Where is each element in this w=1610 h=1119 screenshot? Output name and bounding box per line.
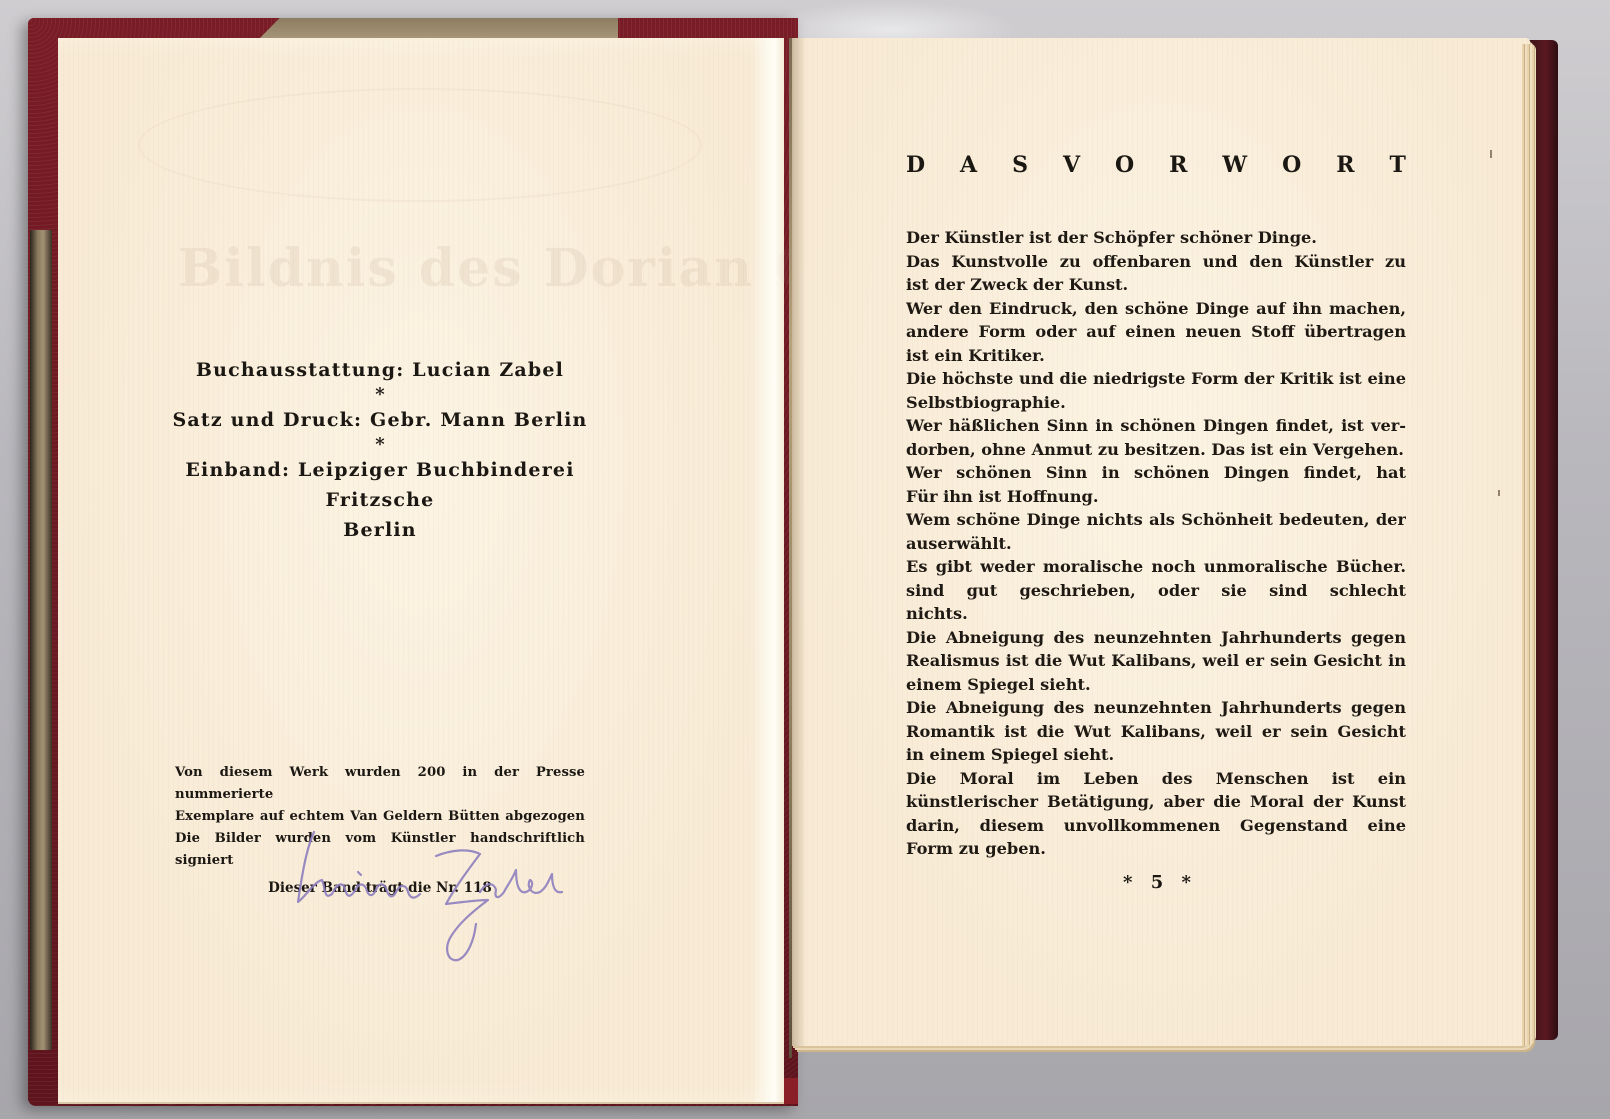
binding-gutter <box>789 38 792 1058</box>
text-line: Die Abneigung des neunzehnten Jahrhunder… <box>906 626 1406 650</box>
colophon-line: Von diesem Werk wurden 200 in der Presse… <box>175 762 585 806</box>
text-line: in einem Spiegel sieht. <box>906 743 1406 767</box>
text-line: Wem schöne Dinge nichts als Schönheit be… <box>906 508 1406 532</box>
title-letter: R <box>1169 152 1187 178</box>
text-line: sind gut geschrieben, oder sie sind schl… <box>906 579 1406 603</box>
page-fore-edge <box>1522 44 1536 1046</box>
title-letter: W <box>1222 152 1247 178</box>
text-line: künstlerischer Betätigung, aber die Mora… <box>906 790 1406 814</box>
credit-typesetting-print: Satz und Druck: Gebr. Mann Berlin <box>170 405 590 435</box>
preface-body: Der Künstler ist der Schöpfer schöner Di… <box>906 226 1406 861</box>
text-line: andere Form oder auf einen neuen Stoff ü… <box>906 320 1406 344</box>
text-line: dorben, ohne Anmut zu besitzen. Das ist … <box>906 438 1406 462</box>
text-line: darin, diesem unvollkommenen Gegenstand … <box>906 814 1406 838</box>
chapter-title: D A S V O R W O R T <box>906 152 1406 178</box>
credits-block: Buchausstattung: Lucian Zabel * Satz und… <box>170 355 590 545</box>
credit-book-design: Buchausstattung: Lucian Zabel <box>170 355 590 385</box>
text-line: Die höchste und die niedrigste Form der … <box>906 367 1406 391</box>
title-letter: A <box>960 152 977 178</box>
text-line: Die Moral im Leben des Menschen ist ein … <box>906 767 1406 791</box>
text-line: nichts. <box>906 602 1406 626</box>
text-line: Wer häßlichen Sinn in schönen Dingen fin… <box>906 414 1406 438</box>
text-line: Realismus ist die Wut Kalibans, weil er … <box>906 649 1406 673</box>
separator-star: * <box>170 385 590 405</box>
title-letter: O <box>1282 152 1301 178</box>
text-line: Form zu geben. <box>906 837 1406 861</box>
open-book-photo: Bildnis des Dorian Gray Buchausstattung:… <box>0 0 1610 1119</box>
text-line: Wer den Eindruck, den schöne Dinge auf i… <box>906 297 1406 321</box>
paper-speck <box>1490 150 1492 158</box>
handwritten-signature-icon <box>236 820 576 970</box>
text-line: Selbstbiographie. <box>906 391 1406 415</box>
text-line: Der Künstler ist der Schöpfer schöner Di… <box>906 226 1406 250</box>
paper-speck <box>1498 490 1500 496</box>
page-number: * 5 * <box>1110 872 1210 893</box>
text-line: Es gibt weder moralische noch unmoralisc… <box>906 555 1406 579</box>
title-letter: T <box>1390 152 1406 178</box>
title-letter: S <box>1012 152 1028 178</box>
text-line: Wer schönen Sinn in schönen Dingen finde… <box>906 461 1406 485</box>
text-line: Romantik ist die Wut Kalibans, weil er s… <box>906 720 1406 744</box>
show-through-ornament <box>138 88 702 202</box>
cover-cloth-spine-strip <box>30 230 52 1050</box>
text-line: auserwählt. <box>906 532 1406 556</box>
title-letter: D <box>906 152 925 178</box>
title-letter: O <box>1115 152 1134 178</box>
text-line: ist ein Kritiker. <box>906 344 1406 368</box>
text-line: Die Abneigung des neunzehnten Jahrhunder… <box>906 696 1406 720</box>
separator-star: * <box>170 435 590 455</box>
text-line: ist der Zweck der Kunst. <box>906 273 1406 297</box>
title-letter: V <box>1063 152 1080 178</box>
cover-cloth-top <box>258 18 618 40</box>
text-line: Für ihn ist Hoffnung. <box>906 485 1406 509</box>
title-letter: R <box>1336 152 1354 178</box>
credit-binding-city: Berlin <box>170 515 590 545</box>
credit-binding: Einband: Leipziger Buchbinderei Fritzsch… <box>170 455 590 515</box>
text-line: Das Kunstvolle zu offenbaren und den Kün… <box>906 250 1406 274</box>
text-line: einem Spiegel sieht. <box>906 673 1406 697</box>
